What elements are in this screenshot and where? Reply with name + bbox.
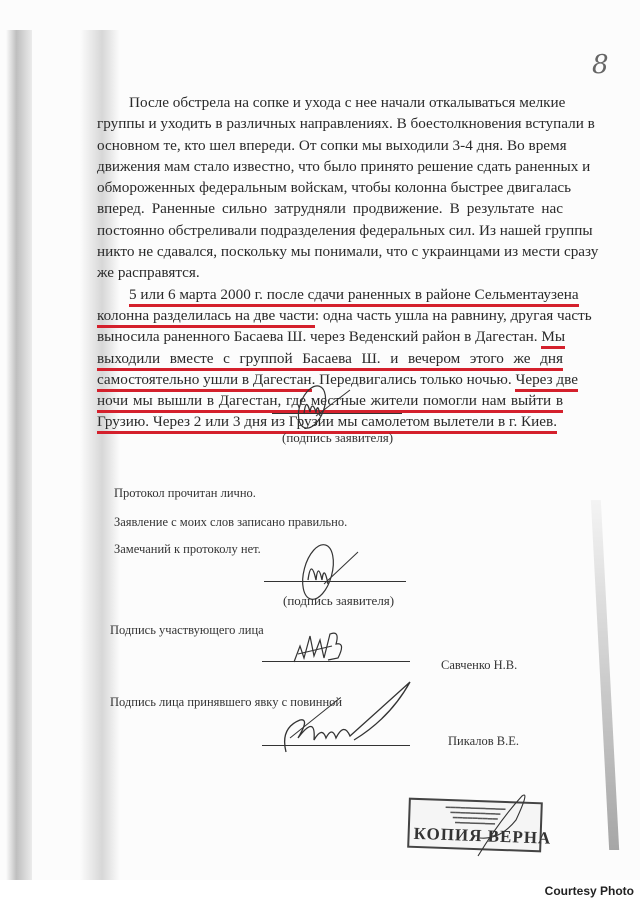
text-line: же расправятся. bbox=[97, 262, 563, 283]
statement-read: Протокол прочитан лично. bbox=[114, 486, 256, 501]
text-line: После обстрела на сопке и ухода с нее на… bbox=[97, 92, 563, 113]
red-underline: самостоятельно ушли в Дагестан bbox=[97, 371, 312, 392]
text-line: движения мам стало известно, что было пр… bbox=[97, 156, 563, 177]
text-line: колонна разделилась на две части: одна ч… bbox=[97, 305, 563, 326]
signature-line-receiver bbox=[262, 745, 410, 746]
statement-no-remarks: Замечаний к протоколу нет. bbox=[114, 542, 261, 557]
text-line: выходили вместе с группой Басаева Ш. и в… bbox=[97, 348, 563, 369]
participant-name: Савченко Н.В. bbox=[441, 658, 517, 673]
text-line: обмороженных федеральным войскам, чтобы … bbox=[97, 177, 563, 198]
signature-caption-2: (подпись заявителя) bbox=[283, 593, 394, 609]
red-underline: выходили вместе с группой Басаева Ш. и в… bbox=[97, 350, 563, 371]
text-line: группы и уходить в различных направления… bbox=[97, 113, 563, 134]
stamp-signature bbox=[470, 790, 540, 860]
signature-line-2 bbox=[264, 581, 406, 582]
document-page: 8 После обстрела на сопке и ухода с нее … bbox=[0, 0, 640, 880]
photo-credit: Courtesy Photo bbox=[545, 884, 634, 898]
red-underline: колонна разделилась на две части bbox=[97, 307, 315, 328]
text-line: вперед. Раненные сильно затрудняли продв… bbox=[97, 198, 563, 219]
scan-shadow-left bbox=[6, 30, 32, 880]
text-line: основном те, кто шел впереди. От сопки м… bbox=[97, 135, 563, 156]
text-line: никто не сдавался, поскольку мы понимали… bbox=[97, 241, 563, 262]
text-line: постоянно обстреливали подразделения фед… bbox=[97, 220, 563, 241]
participant-signature bbox=[290, 628, 360, 668]
receiver-signature bbox=[270, 678, 420, 758]
text-line: выносила раненного Басаева Ш. через Веде… bbox=[97, 326, 563, 347]
red-underline: Через две bbox=[515, 371, 577, 392]
signature-line-1 bbox=[272, 413, 402, 414]
applicant-signature-1 bbox=[290, 382, 370, 432]
page-number: 8 bbox=[592, 50, 609, 80]
paragraph-1: После обстрела на сопке и ухода с нее на… bbox=[97, 92, 563, 284]
signature-line-participant bbox=[262, 661, 410, 662]
red-underline: Мы bbox=[541, 328, 565, 349]
text-line: 5 или 6 марта 2000 г. после сдачи раненн… bbox=[97, 284, 563, 305]
receiver-name: Пикалов В.Е. bbox=[448, 734, 519, 749]
scan-shadow-right bbox=[591, 500, 619, 850]
statement-recorded: Заявление с моих слов записано правильно… bbox=[114, 515, 347, 530]
red-underline: 5 или 6 марта 2000 г. после сдачи раненн… bbox=[129, 286, 579, 307]
participant-signature-label: Подпись участвующего лица bbox=[110, 623, 264, 638]
signature-caption-1: (подпись заявителя) bbox=[282, 430, 393, 446]
